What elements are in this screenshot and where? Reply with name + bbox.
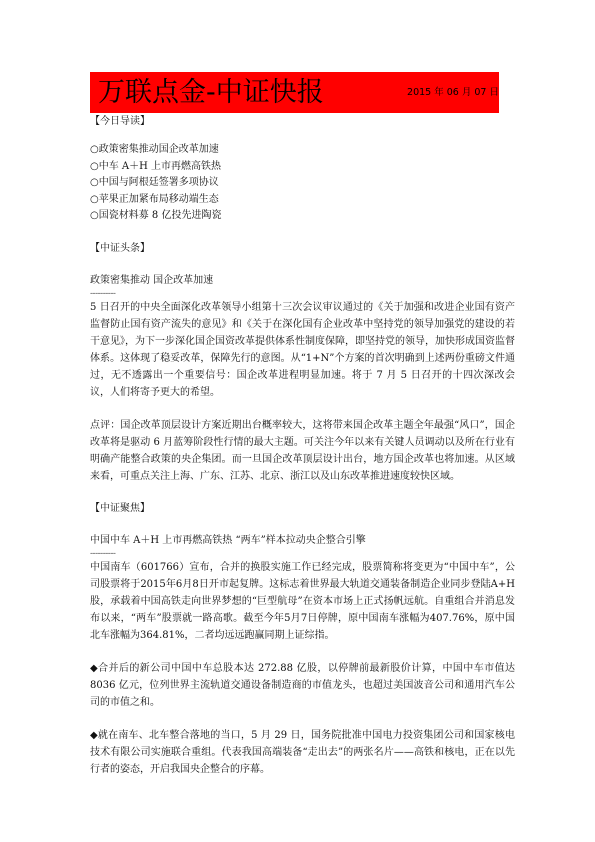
spacer bbox=[90, 517, 515, 533]
spacer bbox=[90, 644, 515, 660]
guide-item: ○苹果正加紧布局移动端生态 bbox=[90, 192, 515, 209]
headline-article-title: 政策密集推动 国企改革加速 bbox=[90, 273, 515, 289]
section-heading-headline: 【中证头条】 bbox=[90, 241, 515, 257]
report-title: 万联点金-中证快报 bbox=[98, 75, 324, 111]
focus-paragraph: 中国南车（601766）宣布，合并的换股实施工作已经完成，股票简称将变更为“中国… bbox=[90, 559, 515, 644]
focus-article-title: 中国中车 A＋H 上市再燃高铁热 “两车”样本拉动央企整合引擎 bbox=[90, 533, 515, 549]
spacer bbox=[90, 711, 515, 727]
section-heading-guide: 【今日导读】 bbox=[90, 114, 515, 130]
header-banner: 万联点金-中证快报 2015 年 06 月 07 日 bbox=[90, 72, 499, 113]
report-content: 【今日导读】 ○政策密集推动国企改革加速 ○中车 A＋H 上市再燃高铁热 ○中国… bbox=[90, 114, 515, 778]
spacer bbox=[90, 401, 515, 417]
dashed-rule: ---------- bbox=[90, 549, 515, 559]
guide-item: ○中国与阿根廷签署多项协议 bbox=[90, 175, 515, 192]
headline-commentary: 点评：国企改革顶层设计方案近期出台概率较大，这将带来国企改革主题全年最强“风口”… bbox=[90, 417, 515, 485]
focus-bullet-paragraph: ◆合并后的新公司中国中车总股本达 272.88 亿股，以停牌前最新股价计算，中国… bbox=[90, 660, 515, 711]
spacer bbox=[90, 225, 515, 241]
guide-item: ○国瓷材料募 8 亿投先进陶瓷 bbox=[90, 208, 515, 225]
headline-paragraph: 5 日召开的中央全面深化改革领导小组第十三次会议审议通过的《关于加强和改进企业国… bbox=[90, 299, 515, 401]
guide-list: ○政策密集推动国企改革加速 ○中车 A＋H 上市再燃高铁热 ○中国与阿根廷签署多… bbox=[90, 142, 515, 225]
dashed-rule: ---------- bbox=[90, 289, 515, 299]
guide-item: ○中车 A＋H 上市再燃高铁热 bbox=[90, 159, 515, 176]
focus-bullet-paragraph: ◆就在南车、北车整合落地的当口，5 月 29 日，国务院批准中国电力投资集团公司… bbox=[90, 727, 515, 778]
spacer bbox=[90, 485, 515, 501]
spacer bbox=[90, 257, 515, 273]
document-page: 万联点金-中证快报 2015 年 06 月 07 日 【今日导读】 ○政策密集推… bbox=[0, 0, 595, 842]
report-date: 2015 年 06 月 07 日 bbox=[407, 86, 499, 100]
section-heading-focus: 【中证聚焦】 bbox=[90, 501, 515, 517]
guide-item: ○政策密集推动国企改革加速 bbox=[90, 142, 515, 159]
